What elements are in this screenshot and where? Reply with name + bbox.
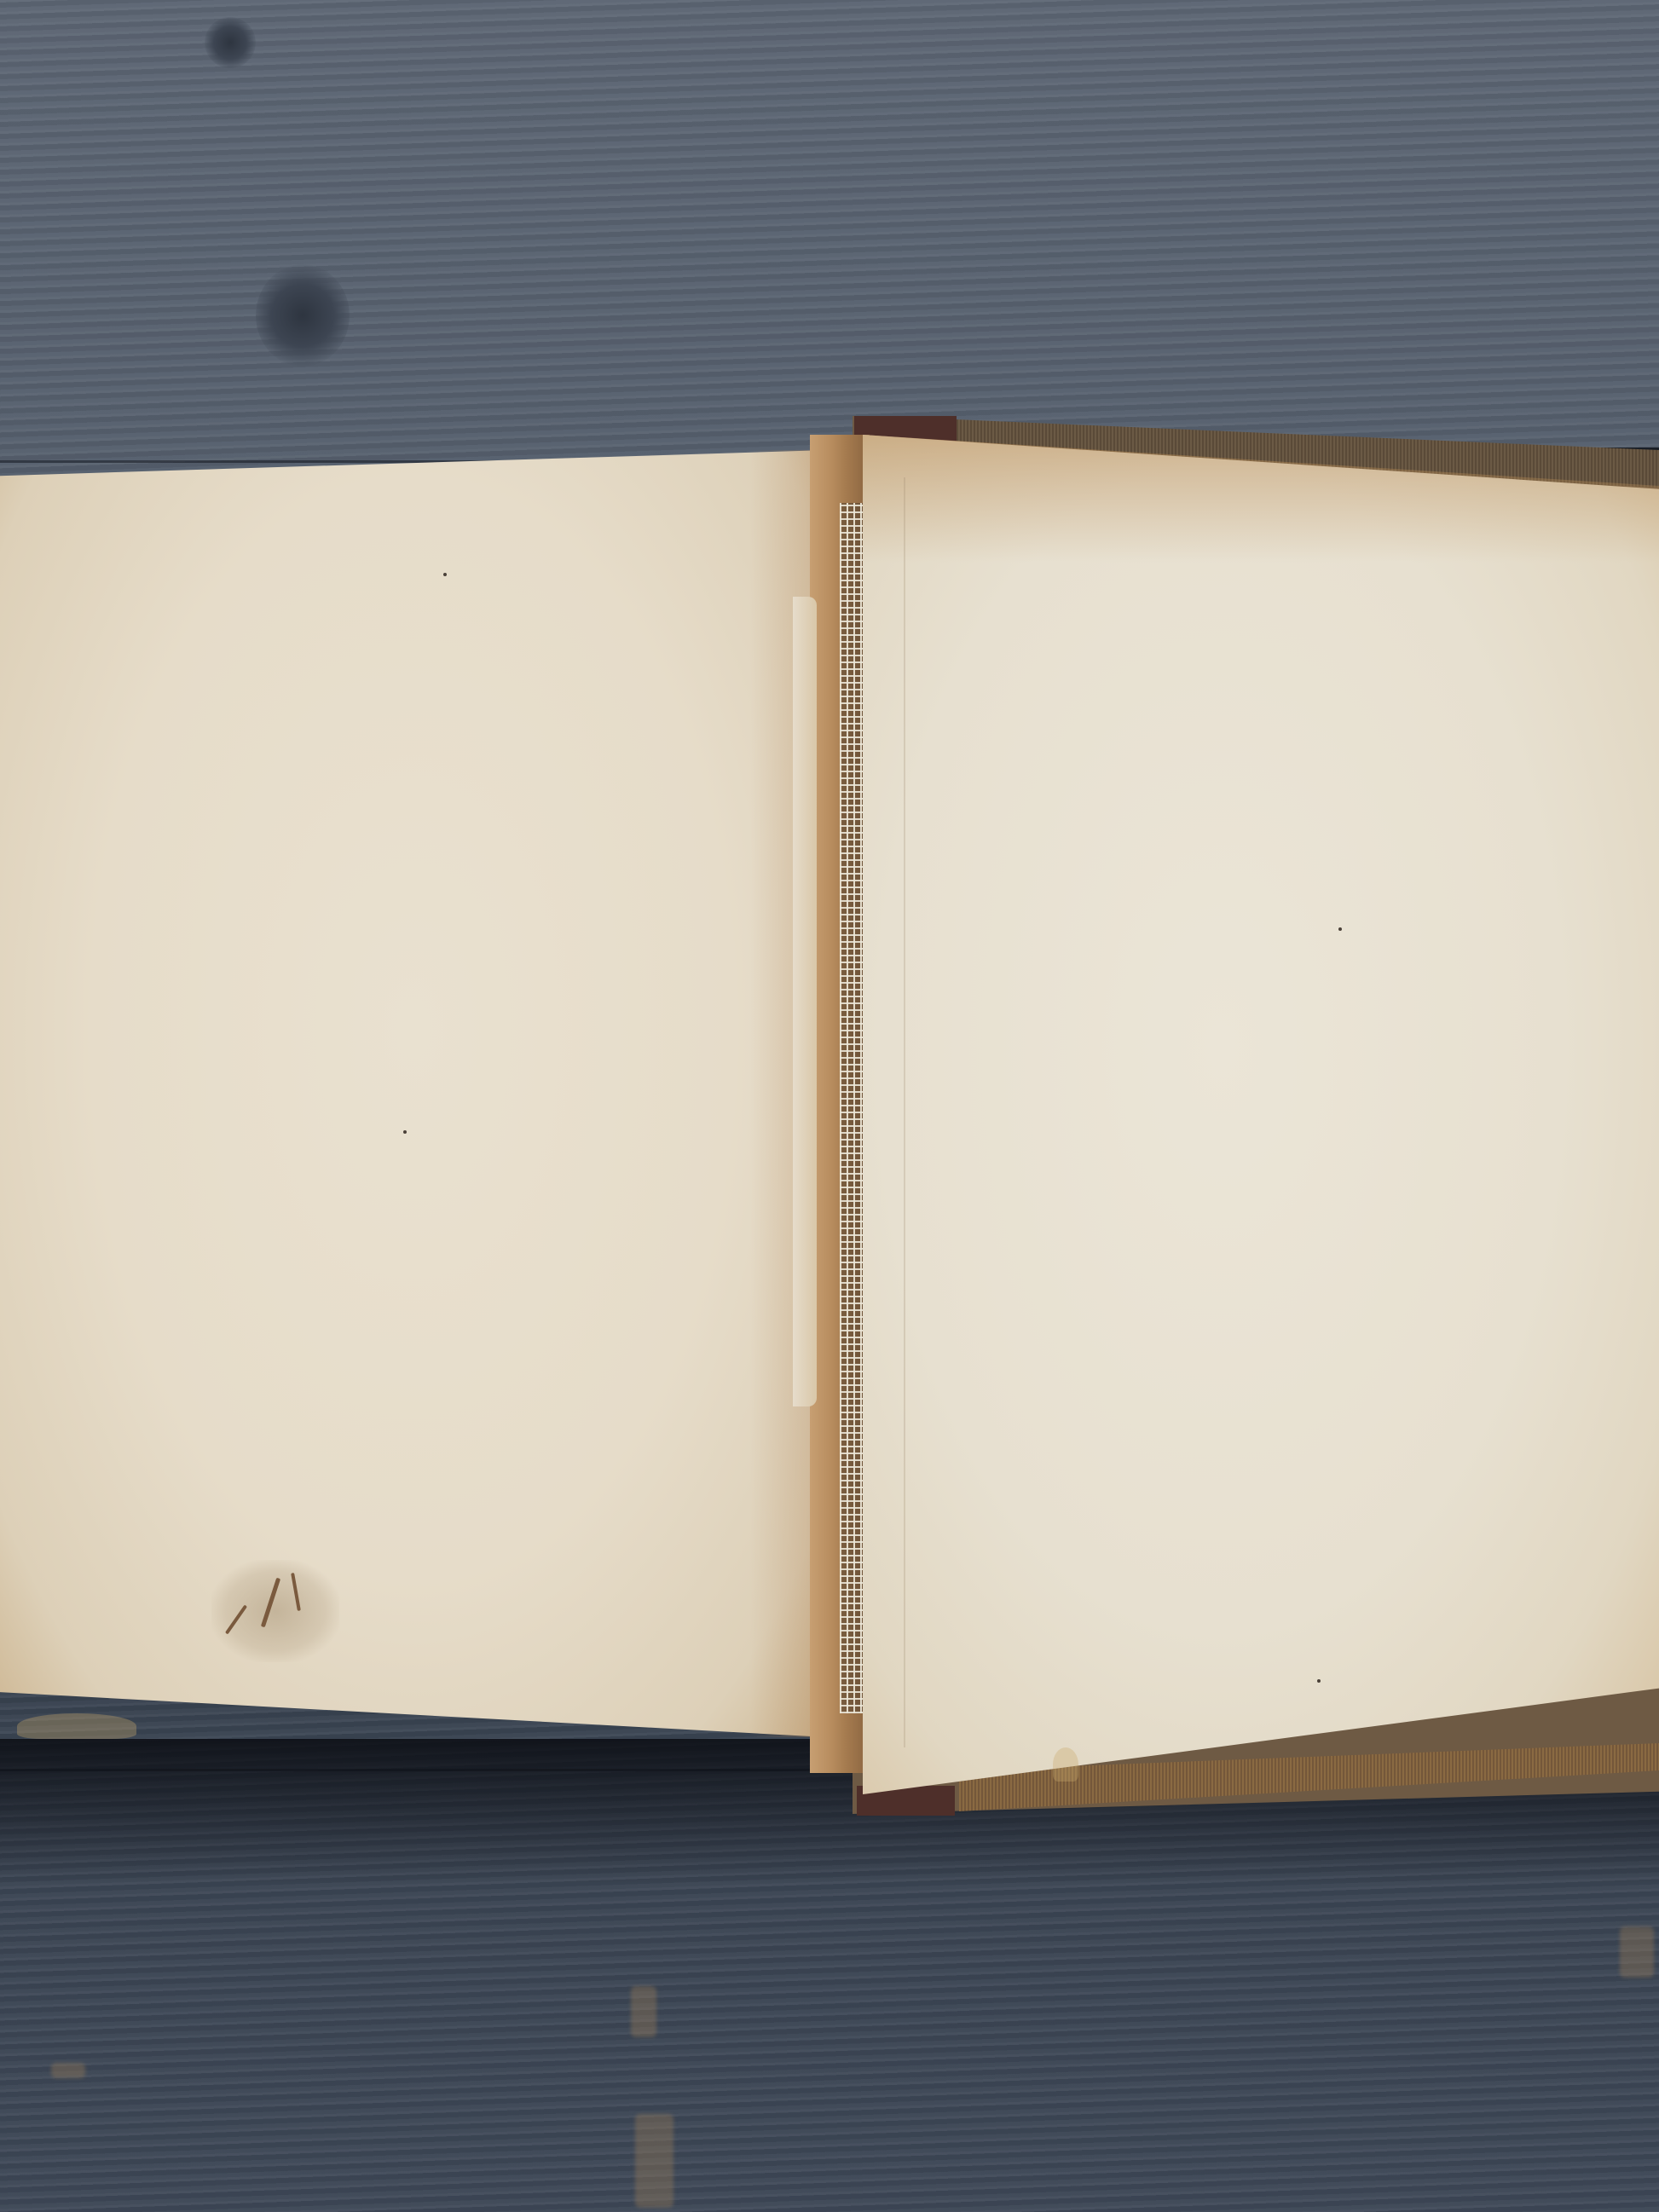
paper-speck — [1317, 1679, 1321, 1683]
paint-wear — [635, 2114, 673, 2208]
paper-speck — [403, 1130, 407, 1134]
water-stain — [17, 1713, 136, 1739]
left-page — [0, 450, 827, 1737]
torn-paper-hinge — [793, 597, 817, 1406]
water-stain — [1053, 1747, 1078, 1782]
endpaper-crease — [904, 477, 905, 1747]
paper-speck — [1338, 927, 1342, 931]
wood-knot — [205, 17, 256, 68]
binding-mesh — [840, 503, 865, 1713]
paint-wear — [51, 2063, 85, 2078]
paint-wear — [1620, 1926, 1654, 1978]
right-endpaper — [863, 435, 1659, 1794]
paint-wear — [631, 1986, 656, 2037]
scraped-patch — [211, 1560, 339, 1662]
wood-knot — [256, 264, 350, 367]
paper-speck — [443, 573, 447, 576]
